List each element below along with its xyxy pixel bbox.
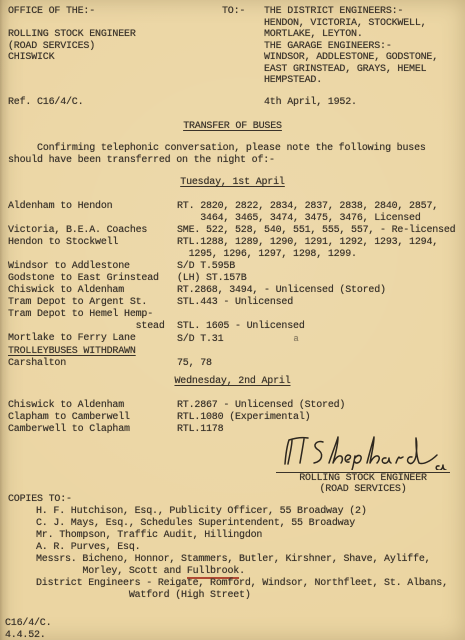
section-heading-tuesday: Tuesday, 1st April	[180, 177, 284, 188]
table-row: Mortlake to Ferry LaneS/D T.31a	[8, 333, 458, 346]
route-label: Mortlake to Ferry Lane	[8, 333, 177, 346]
page-title-wrap: TRANSFER OF BUSES	[0, 121, 465, 133]
document-page: OFFICE OF THE:- ROLLING STOCK ENGINEER (…	[0, 0, 465, 640]
wednesday-transfer-table: Chiswick to AldenhamRT.2867 - Unlicensed…	[8, 400, 458, 436]
district-line2: Watford (High Street)	[36, 590, 251, 601]
route-label: Victoria, B.E.A. Coaches	[8, 225, 177, 237]
messrs-line2-prefix: Morley, Scott and	[36, 566, 187, 577]
bus-numbers-text: S/D T.31	[177, 334, 223, 345]
table-row: Windsor to AddlestoneS/D T.595B	[8, 261, 458, 273]
copies-item-district: District Engineers - Reigate, Romford, W…	[36, 578, 460, 602]
route-label: Chiswick to Aldenham	[8, 400, 177, 412]
signature-block: ROLLING STOCK ENGINEER (ROAD SERVICES)	[276, 434, 450, 496]
trolleybuses-withdrawn-label: TROLLEYBUSES WITHDRAWN	[8, 346, 177, 358]
office-address-block: OFFICE OF THE:- ROLLING STOCK ENGINEER (…	[8, 6, 136, 64]
table-row: Chiswick to AldenhamRT.2868, 3494, - Unl…	[8, 285, 458, 297]
bus-numbers	[177, 346, 458, 358]
table-row: Chiswick to AldenhamRT.2867 - Unlicensed…	[8, 400, 458, 412]
bus-numbers: RT. 2820, 2822, 2834, 2837, 2838, 2840, …	[177, 201, 458, 225]
table-row: Aldenham to HendonRT. 2820, 2822, 2834, …	[8, 201, 458, 225]
bus-numbers: S/D T.595B	[177, 261, 458, 273]
reference-number: Ref. C16/4/C.	[8, 97, 83, 109]
route-label: Tram Depot to Argent St.	[8, 297, 177, 309]
table-row: Victoria, B.E.A. CoachesSME. 522, 528, 5…	[8, 225, 458, 237]
bus-numbers: RTL.1288, 1289, 1290, 1291, 1292, 1293, …	[177, 237, 458, 261]
route-label: Carshalton	[8, 358, 177, 370]
footer-date: 4.4.52.	[5, 630, 51, 640]
page-title: TRANSFER OF BUSES	[183, 121, 282, 132]
footer-reference: C16/4/C.	[5, 618, 51, 630]
copies-item: C. J. Mays, Esq., Schedules Superintende…	[36, 518, 460, 530]
copies-list: H. F. Hutchison, Esq., Publicity Officer…	[36, 506, 460, 602]
signature-scribble	[277, 434, 449, 470]
bus-numbers: RT.2867 - Unlicensed (Stored)	[177, 400, 458, 412]
bus-numbers: S/D T.31a	[177, 333, 458, 346]
signatory-title: ROLLING STOCK ENGINEER	[276, 473, 450, 485]
section-heading-tuesday-wrap: Tuesday, 1st April	[0, 177, 465, 189]
intro-paragraph: Confirming telephonic conversation, plea…	[8, 143, 460, 166]
copies-item: A. R. Purves, Esq.	[36, 542, 460, 554]
section-heading-wednesday: Wednesday, 2nd April	[174, 376, 290, 387]
route-label: Windsor to Addlestone	[8, 261, 177, 273]
to-label: TO:-	[222, 6, 245, 18]
section-heading-wednesday-wrap: Wednesday, 2nd April	[0, 376, 465, 388]
route-label: Clapham to Camberwell	[8, 412, 177, 424]
copies-heading: COPIES TO:-	[8, 494, 460, 506]
table-row: Godstone to East Grinstead(LH) ST.157B	[8, 273, 458, 285]
bus-numbers: SME. 522, 528, 540, 551, 555, 557, - Re-…	[177, 225, 458, 237]
messrs-line2-suffix: .	[239, 566, 245, 577]
copies-section: COPIES TO:- H. F. Hutchison, Esq., Publi…	[8, 494, 460, 602]
route-label: Chiswick to Aldenham	[8, 285, 177, 297]
table-row: Tram Depot to Argent St.STL.443 - Unlice…	[8, 297, 458, 309]
bus-numbers: STL. 1605 - Unlicensed	[177, 309, 458, 333]
table-row: Hendon to StockwellRTL.1288, 1289, 1290,…	[8, 237, 458, 261]
tuesday-transfer-table: Aldenham to HendonRT. 2820, 2822, 2834, …	[8, 201, 458, 370]
document-date: 4th April, 1952.	[264, 97, 357, 109]
route-label: Aldenham to Hendon	[8, 201, 177, 225]
footer-block: C16/4/C. 4.4.52.	[5, 618, 51, 640]
table-row: Carshalton75, 78	[8, 358, 458, 370]
table-row: Tram Depot to Hemel Hemp- stead STL. 160…	[8, 309, 458, 333]
route-label: Hendon to Stockwell	[8, 237, 177, 261]
route-label: Godstone to East Grinstead	[8, 273, 177, 285]
copies-item: H. F. Hutchison, Esq., Publicity Officer…	[36, 506, 460, 518]
copies-item: Mr. Thompson, Traffic Audit, Hillingdon	[36, 530, 460, 542]
bus-numbers: (LH) ST.157B	[177, 273, 458, 285]
district-line1: District Engineers - Reigate, Romford, W…	[36, 578, 448, 589]
pencil-mark: a	[293, 334, 298, 344]
route-label: Camberwell to Clapham	[8, 424, 177, 436]
bus-numbers: RT.2868, 3494, - Unlicensed (Stored)	[177, 285, 458, 297]
bus-numbers: STL.443 - Unlicensed	[177, 297, 458, 309]
table-row: TROLLEYBUSES WITHDRAWN	[8, 346, 458, 358]
copies-item-messrs: Messrs. Bicheno, Honnor, Stammers, Butle…	[36, 554, 460, 578]
route-label: Tram Depot to Hemel Hemp- stead	[8, 309, 177, 333]
messrs-line1: Messrs. Bicheno, Honnor, Stammers, Butle…	[36, 554, 430, 565]
recipients-block: THE DISTRICT ENGINEERS:- HENDON, VICTORI…	[264, 6, 438, 87]
bus-numbers: RTL.1080 (Experimental)	[177, 412, 458, 424]
bus-numbers: 75, 78	[177, 358, 458, 370]
table-row: Clapham to CamberwellRTL.1080 (Experimen…	[8, 412, 458, 424]
